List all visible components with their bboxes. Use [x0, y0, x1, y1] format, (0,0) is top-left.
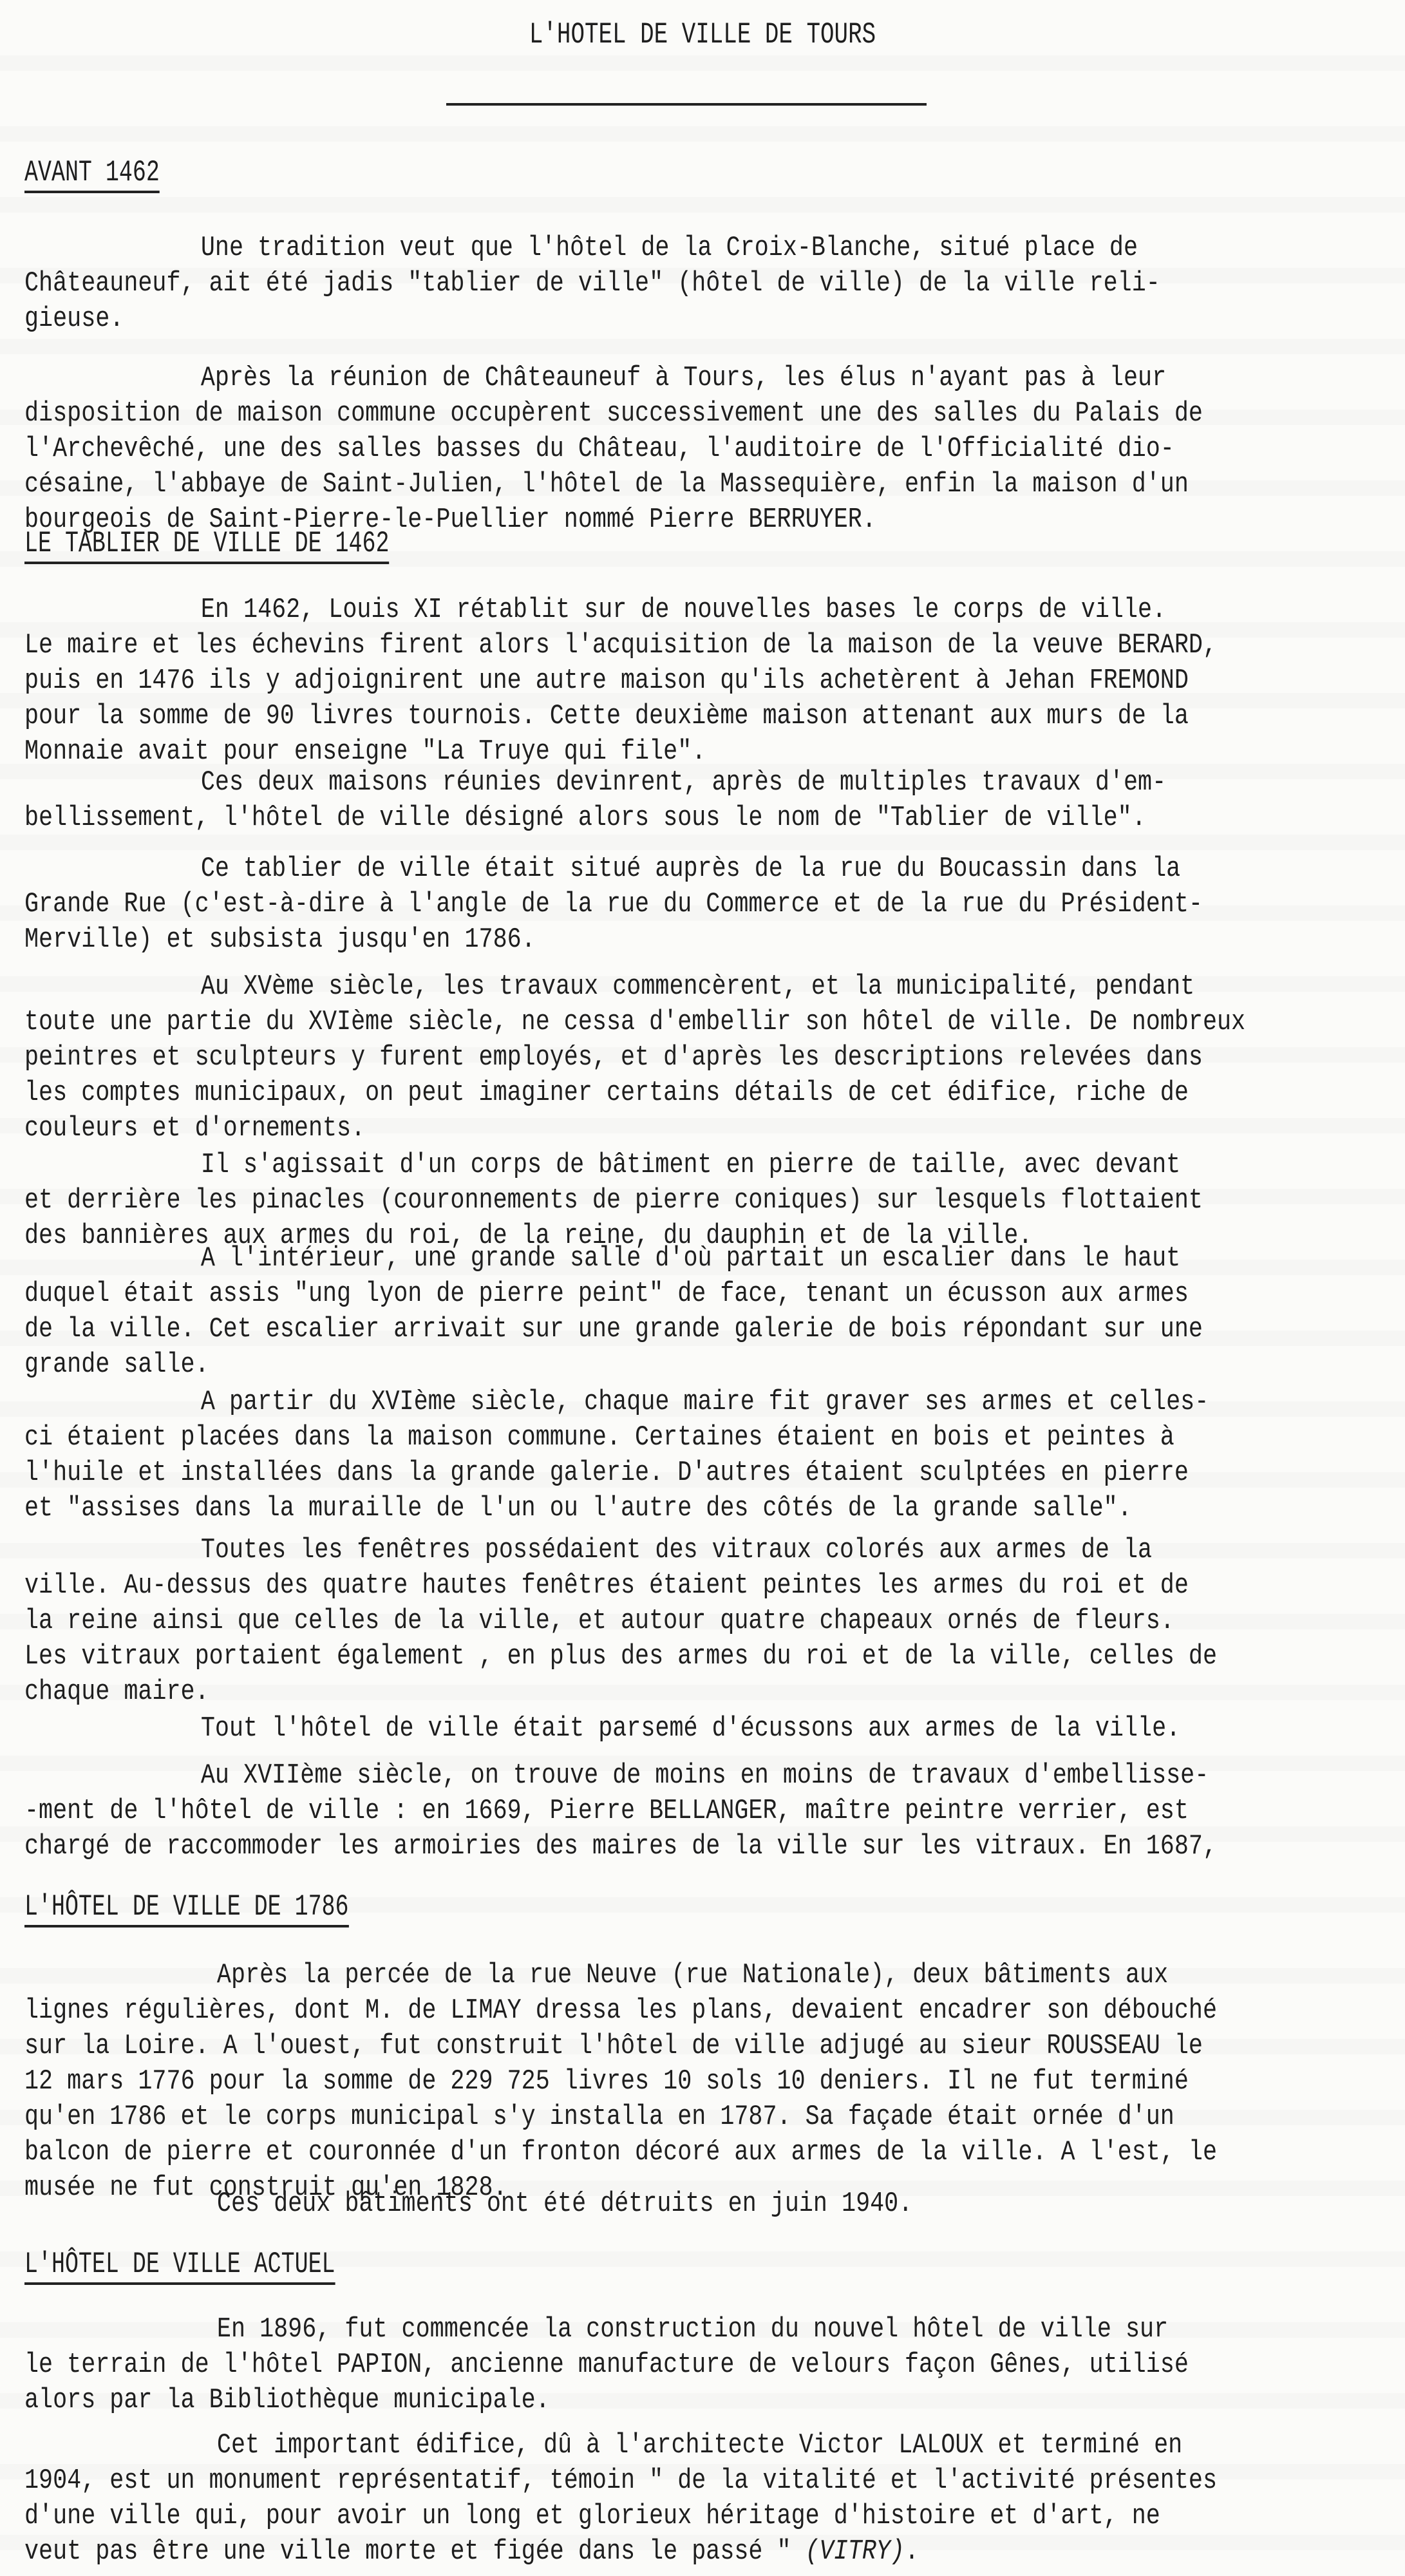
- paragraph-text: Ce tablier de ville était situé auprès d…: [24, 853, 1203, 956]
- paragraph: Au XVIIème siècle, on trouve de moins en…: [24, 1758, 1379, 1864]
- section-heading-avant-1462: AVANT 1462: [24, 156, 160, 193]
- paragraph-text: Cet important édifice, dû à l'architecte…: [24, 2429, 1217, 2568]
- paragraph: En 1462, Louis XI rétablit sur de nouvel…: [24, 592, 1379, 770]
- paragraph: Ce tablier de ville était situé auprès d…: [24, 851, 1379, 958]
- paragraph-text: En 1462, Louis XI rétablit sur de nouvel…: [24, 594, 1217, 768]
- paragraph-text: Après la percée de la rue Neuve (rue Nat…: [24, 1959, 1217, 2204]
- paragraph-text: A partir du XVIème siècle, chaque maire …: [24, 1386, 1209, 1524]
- paragraph-text: Une tradition veut que l'hôtel de la Cro…: [24, 232, 1160, 335]
- paragraph: Ces deux bâtiments ont été détruits en j…: [24, 2186, 1379, 2222]
- section-heading-tablier-1462: LE TABLIER DE VILLE DE 1462: [24, 527, 389, 564]
- section-heading-hotel-1786: L'HÔTEL DE VILLE DE 1786: [24, 1890, 349, 1927]
- citation: (VITRY): [806, 2535, 905, 2568]
- paragraph: Ces deux maisons réunies devinrent, aprè…: [24, 765, 1379, 836]
- paragraph: Au XVème siècle, les travaux commencèren…: [24, 969, 1379, 1146]
- paragraph-text: Après la réunion de Châteauneuf à Tours,…: [24, 362, 1203, 536]
- title-underline: [446, 103, 927, 106]
- paragraph-text: Ces deux bâtiments ont été détruits en j…: [217, 2188, 912, 2220]
- paragraph: Il s'agissait d'un corps de bâtiment en …: [24, 1148, 1379, 1254]
- paragraph-text: Il s'agissait d'un corps de bâtiment en …: [24, 1149, 1203, 1252]
- paragraph: Une tradition veut que l'hôtel de la Cro…: [24, 231, 1379, 337]
- citation-punctuation: .: [905, 2535, 919, 2568]
- paragraph: A l'intérieur, une grande salle d'où par…: [24, 1241, 1379, 1383]
- paragraph: Cet important édifice, dû à l'architecte…: [24, 2428, 1379, 2570]
- paragraph: Tout l'hôtel de ville était parsemé d'éc…: [24, 1711, 1379, 1747]
- paragraph: A partir du XVIème siècle, chaque maire …: [24, 1385, 1379, 1526]
- paragraph-text: Au XVIIème siècle, on trouve de moins en…: [24, 1759, 1217, 1862]
- document-page: L'HOTEL DE VILLE DE TOURS AVANT 1462 Une…: [0, 0, 1405, 2576]
- paragraph-text: Toutes les fenêtres possédaient des vitr…: [24, 1534, 1217, 1708]
- paragraph-text: Tout l'hôtel de ville était parsemé d'éc…: [201, 1712, 1180, 1745]
- paragraph: Toutes les fenêtres possédaient des vitr…: [24, 1533, 1379, 1710]
- paragraph-text: A l'intérieur, une grande salle d'où par…: [24, 1242, 1203, 1381]
- document-title: L'HOTEL DE VILLE DE TOURS: [155, 18, 1250, 52]
- paragraph: Après la réunion de Châteauneuf à Tours,…: [24, 361, 1379, 538]
- section-heading-hotel-actuel: L'HÔTEL DE VILLE ACTUEL: [24, 2248, 335, 2285]
- paragraph: Après la percée de la rue Neuve (rue Nat…: [24, 1958, 1379, 2206]
- paragraph-text: En 1896, fut commencée la construction d…: [24, 2313, 1189, 2416]
- paragraph: En 1896, fut commencée la construction d…: [24, 2312, 1379, 2418]
- paragraph-text: Ces deux maisons réunies devinrent, aprè…: [24, 766, 1166, 834]
- paragraph-text: Au XVème siècle, les travaux commencèren…: [24, 971, 1245, 1144]
